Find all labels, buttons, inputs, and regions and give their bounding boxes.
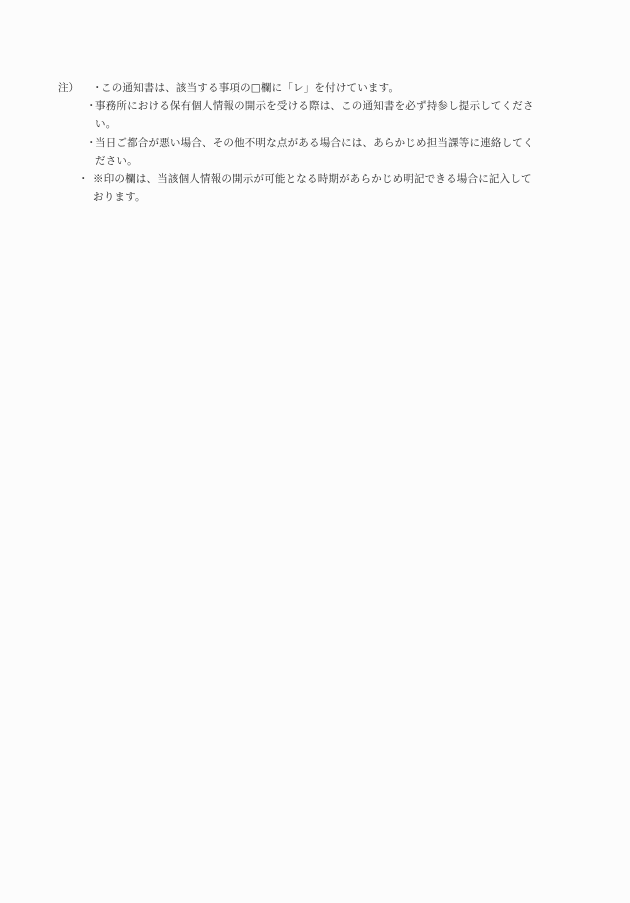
note-text-continued: おります。: [93, 190, 146, 204]
notes-label: 注）: [58, 81, 79, 95]
note-text: この通知書は、該当する事項の□欄に「レ」を付けています。: [101, 81, 399, 95]
note-text-continued: い。: [95, 117, 116, 131]
note-text: 当日ご都合が悪い場合、その他不明な点がある場合には、あらかじめ担当課等に連絡して…: [95, 136, 534, 150]
note-bullet: ・: [78, 172, 89, 186]
note-text: ※印の欄は、当該個人情報の開示が可能となる時期があらかじめ明記できる場合に記入し…: [93, 172, 532, 186]
note-text-continued: ださい。: [95, 154, 138, 168]
note-text: 事務所における保有個人情報の開示を受ける際は、この通知書を必ず持参し提示してくだ…: [95, 99, 534, 113]
